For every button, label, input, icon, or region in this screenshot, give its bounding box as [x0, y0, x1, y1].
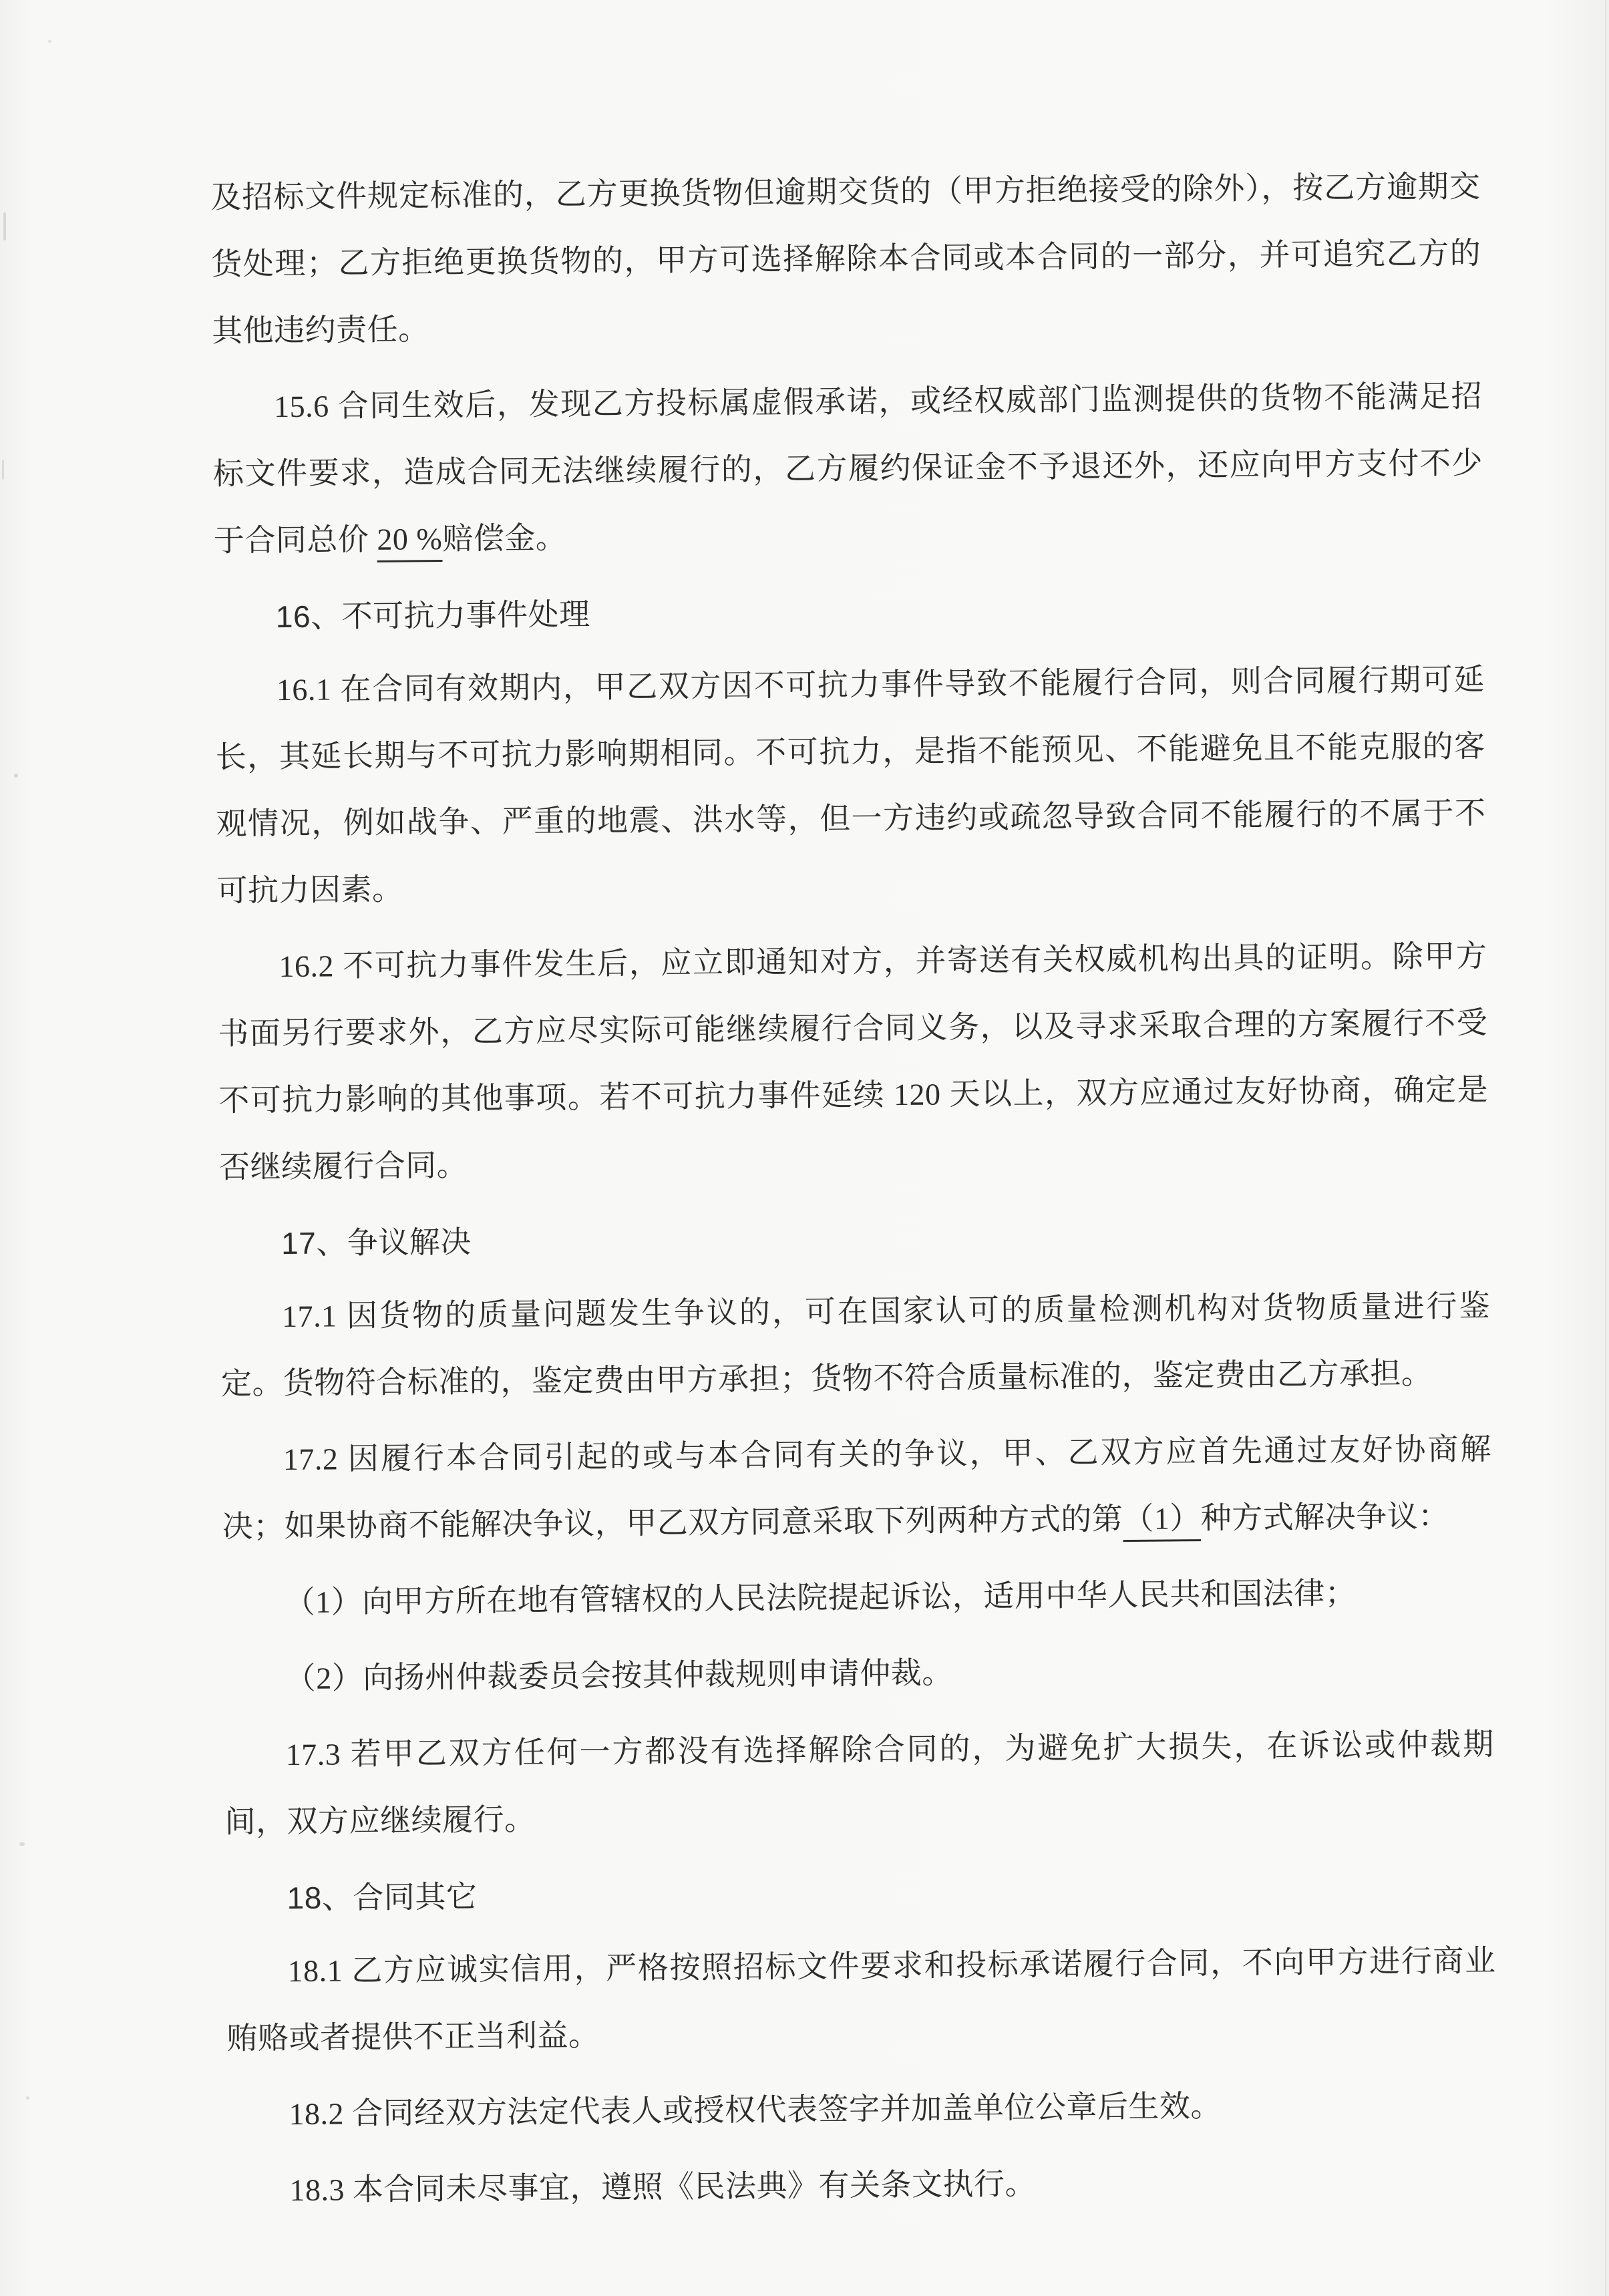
heading-18-contract-miscellaneous: 18、合同其它 [225, 1854, 1495, 1932]
scan-artifact [48, 40, 51, 43]
clause-16-2: 16.2 不可抗力事件发生后，应立即通知对方，并寄送有关权威机构出具的证明。除甲… [217, 923, 1489, 1201]
clause-17-3: 17.3 若甲乙双方任何一方都没有选择解除合同的，为避免扩大损失，在诉讼或仲裁期… [224, 1711, 1495, 1856]
clause-18-2: 18.2 合同经双方法定代表人或授权代表签字并加盖单位公章后生效。 [227, 2070, 1497, 2148]
scan-artifact [19, 1842, 25, 1846]
scan-edge-shadow [1605, 0, 1606, 2296]
clause-17-2-option-2: （2）向扬州仲裁委员会按其仲裁规则申请仲裁。 [223, 1635, 1493, 1713]
dispute-method-underlined: （1） [1123, 1501, 1201, 1536]
clause-17-2: 17.2 因履行本合同引起的或与本合同有关的争议，甲、乙双方应首先通过友好协商解… [221, 1416, 1492, 1561]
heading-16-force-majeure: 16、不可抗力事件处理 [214, 572, 1484, 651]
contract-scanned-page: 及招标文件规定标准的，乙方更换货物但逾期交货的（甲方拒绝接受的除外），按乙方逾期… [0, 0, 1609, 2296]
clause-16-1: 16.1 在合同有效期内，甲乙双方因不可抗力事件导致不能履行合同，则合同履行期可… [214, 646, 1486, 925]
clause-18-3: 18.3 本合同未尽事宜，遵照《民法典》有关条文执行。 [228, 2146, 1498, 2225]
scan-artifact [14, 774, 18, 778]
clause-15-continuation: 及招标文件规定标准的，乙方更换货物但逾期交货的（甲方拒绝接受的除外），按乙方逾期… [210, 153, 1482, 365]
clause-15-6-text-after: 赔偿金。 [442, 520, 566, 556]
heading-17-dispute-resolution: 17、争议解决 [220, 1199, 1490, 1277]
scan-artifact [3, 212, 6, 240]
clause-18-1: 18.1 乙方应诚实信用，严格按照招标文件要求和投标承诺履行合同，不向甲方进行商… [226, 1927, 1497, 2072]
contract-text-block: 及招标文件规定标准的，乙方更换货物但逾期交货的（甲方拒绝接受的除外），按乙方逾期… [210, 153, 1498, 2233]
clause-17-2-text-after: 种方式解决争议： [1201, 1499, 1449, 1535]
clause-17-2-option-1: （1）向甲方所在地有管辖权的人民法院提起诉讼，适用中华人民共和国法律； [222, 1559, 1493, 1637]
scan-artifact [26, 2096, 29, 2100]
clause-15-6: 15.6 合同生效后，发现乙方投标属虚假承诺，或经权威部门监测提供的货物不能满足… [212, 363, 1484, 575]
scan-artifact [2, 460, 4, 480]
penalty-rate-underlined: 20 % [377, 522, 442, 556]
clause-17-1: 17.1 因货物的质量问题发生争议的，可在国家认可的质量检测机构对货物质量进行鉴… [220, 1273, 1491, 1418]
